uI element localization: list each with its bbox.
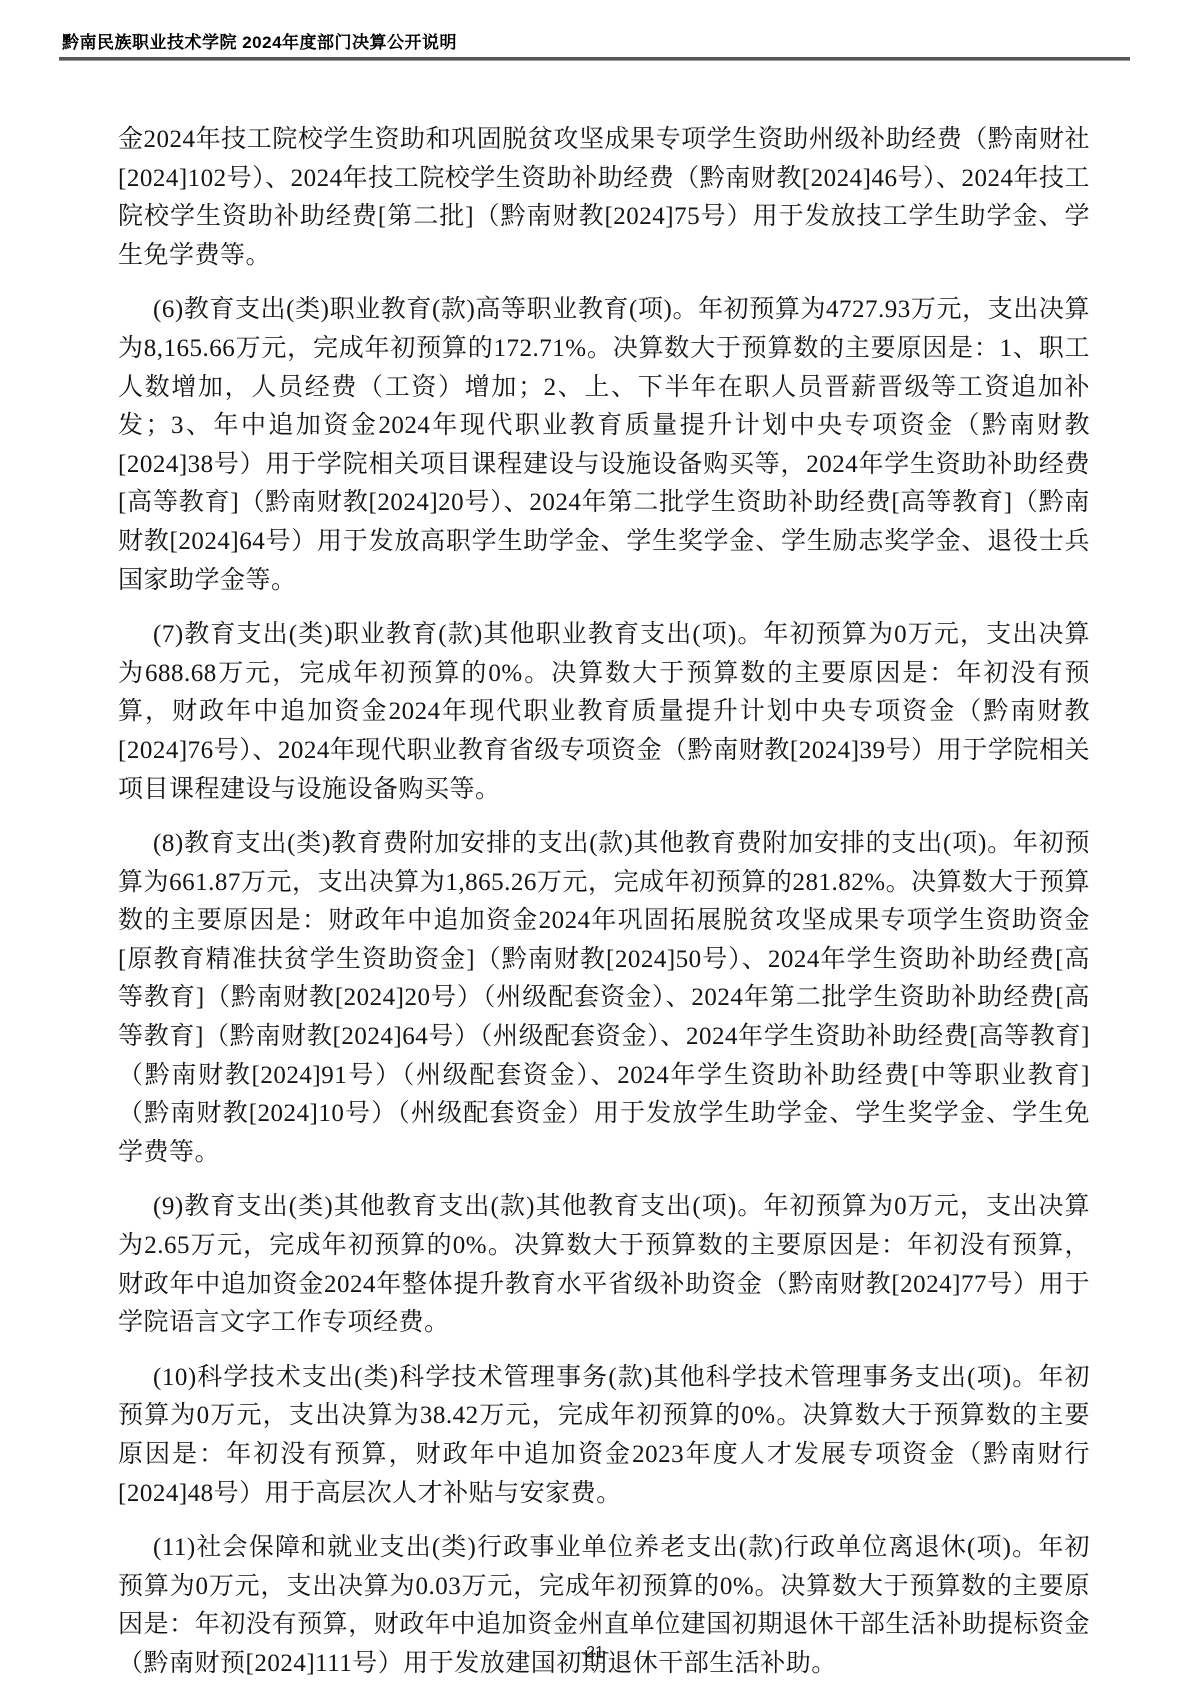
page-header-title: 黔南民族职业技术学院 2024年度部门决算公开说明 bbox=[62, 33, 457, 53]
paragraph-item-10: (10)科学技术支出(类)科学技术管理事务(款)其他科学技术管理事务支出(项)。… bbox=[118, 1359, 1090, 1513]
paragraph-item-9: (9)教育支出(类)其他教育支出(款)其他教育支出(项)。年初预算为0万元，支出… bbox=[118, 1188, 1090, 1342]
footer-page-number: -21- bbox=[0, 1644, 1190, 1662]
header-divider bbox=[59, 57, 1130, 61]
document-page: 黔南民族职业技术学院 2024年度部门决算公开说明 金2024年技工院校学生资助… bbox=[0, 0, 1190, 1684]
document-body: 金2024年技工院校学生资助和巩固脱贫攻坚成果专项学生资助州级补助经费（黔南财社… bbox=[118, 121, 1090, 1684]
paragraph-item-7: (7)教育支出(类)职业教育(款)其他职业教育支出(项)。年初预算为0万元，支出… bbox=[118, 616, 1090, 809]
paragraph-continuation: 金2024年技工院校学生资助和巩固脱贫攻坚成果专项学生资助州级补助经费（黔南财社… bbox=[118, 121, 1090, 275]
paragraph-item-8: (8)教育支出(类)教育费附加安排的支出(款)其他教育费附加安排的支出(项)。年… bbox=[118, 825, 1090, 1172]
paragraph-item-6: (6)教育支出(类)职业教育(款)高等职业教育(项)。年初预算为4727.93万… bbox=[118, 291, 1090, 600]
